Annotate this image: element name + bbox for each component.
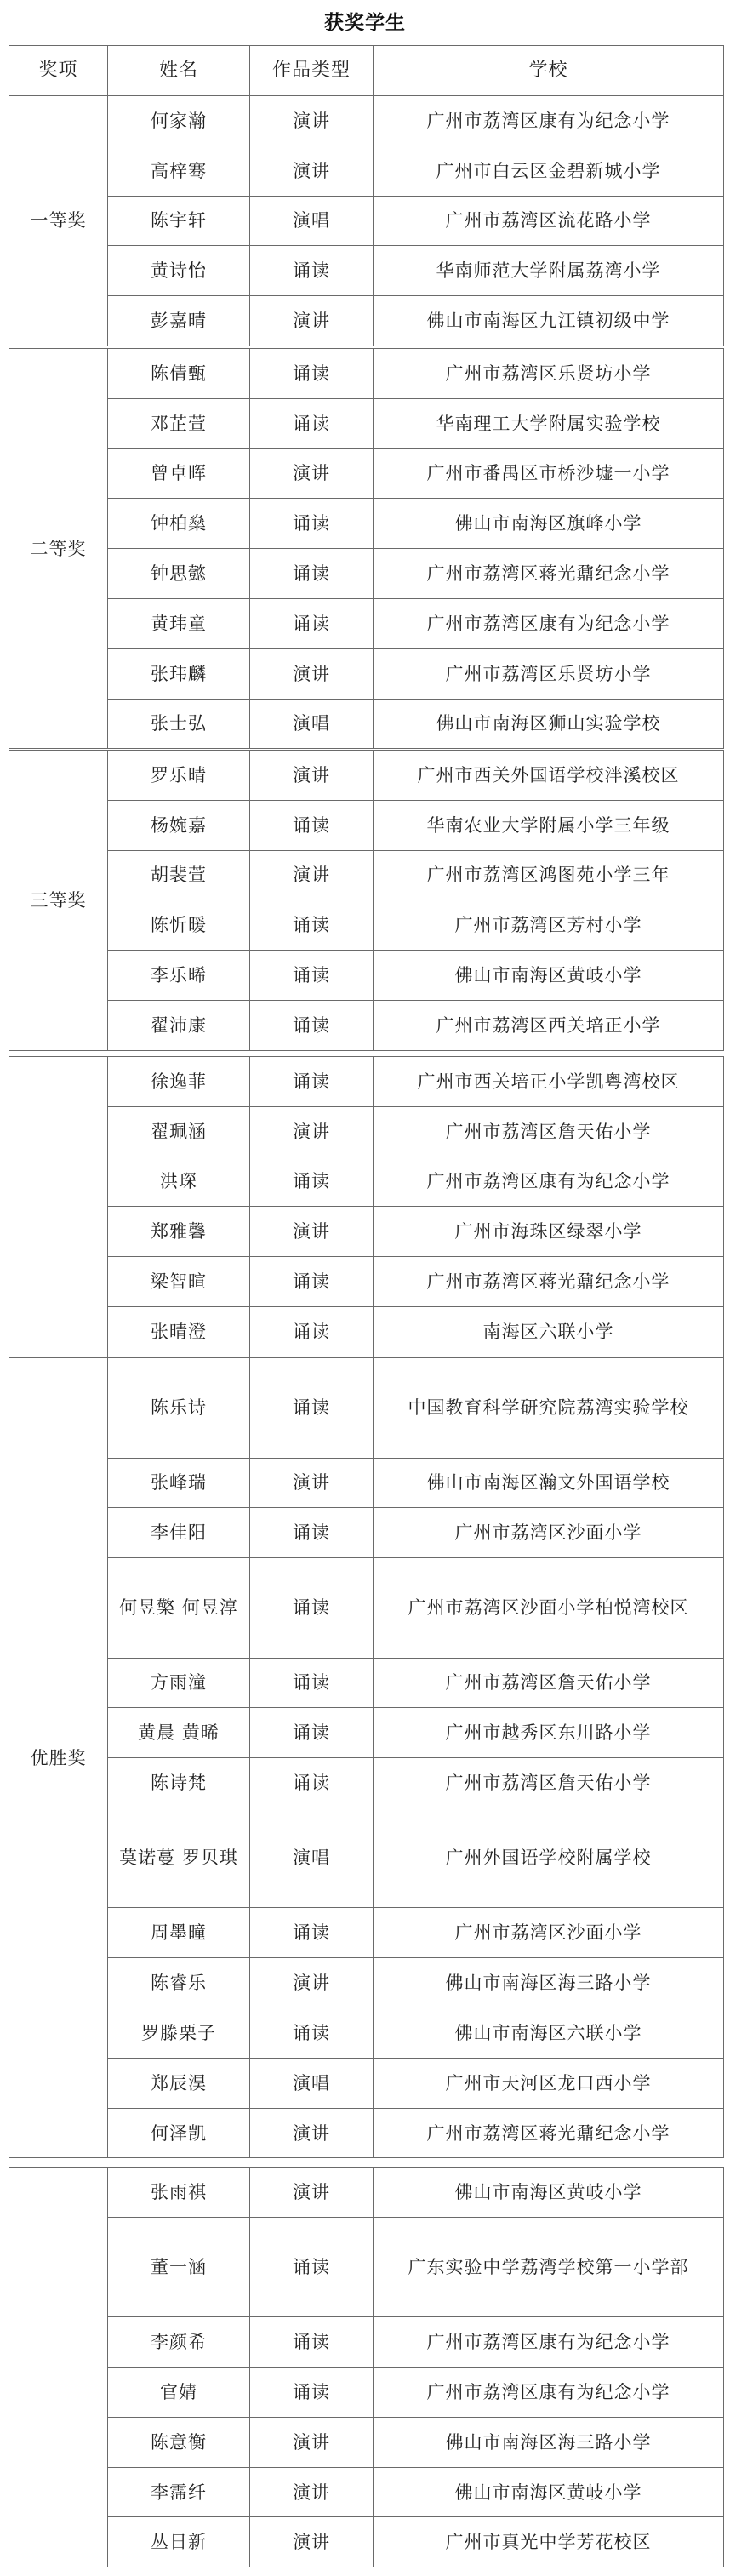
work-type-cell: 演唱 bbox=[250, 699, 374, 749]
school-cell: 佛山市南海区海三路小学 bbox=[374, 2417, 724, 2467]
student-name-cell: 黄晨 黄晞 bbox=[108, 1708, 250, 1758]
school-cell: 广州外国语学校附属学校 bbox=[374, 1808, 724, 1908]
table-row: 方雨潼诵读广州市荔湾区詹天佑小学 bbox=[9, 1658, 724, 1708]
work-type-cell: 演讲 bbox=[250, 1958, 374, 2008]
work-type-cell: 演讲 bbox=[250, 2517, 374, 2567]
work-type-cell: 演讲 bbox=[250, 648, 374, 699]
school-cell: 广州市荔湾区康有为纪念小学 bbox=[374, 1157, 724, 1207]
student-name-cell: 钟思懿 bbox=[108, 549, 250, 599]
award-group: 优胜奖陈乐诗诵读中国教育科学研究院荔湾实验学校张峰瑞演讲佛山市南海区瀚文外国语学… bbox=[9, 1357, 724, 2158]
work-type-cell: 演讲 bbox=[250, 850, 374, 900]
work-type-cell: 演讲 bbox=[250, 448, 374, 499]
work-type-cell: 诵读 bbox=[250, 499, 374, 549]
student-name-cell: 丛日新 bbox=[108, 2517, 250, 2567]
work-type-cell: 诵读 bbox=[250, 1257, 374, 1307]
table-row: 李乐晞诵读佛山市南海区黄岐小学 bbox=[9, 951, 724, 1001]
student-name-cell: 李佳阳 bbox=[108, 1508, 250, 1558]
award-level-cell bbox=[9, 1057, 108, 1357]
work-type-cell: 演讲 bbox=[250, 2108, 374, 2158]
table-row: 三等奖罗乐晴演讲广州市西关外国语学校泮溪校区 bbox=[9, 751, 724, 801]
work-type-cell: 演讲 bbox=[250, 146, 374, 196]
work-type-cell: 诵读 bbox=[250, 1157, 374, 1207]
school-cell: 广州市越秀区东川路小学 bbox=[374, 1708, 724, 1758]
table-row: 曾卓晖演讲广州市番禺区市桥沙墟一小学 bbox=[9, 448, 724, 499]
work-type-cell: 诵读 bbox=[250, 1000, 374, 1050]
work-type-cell: 演讲 bbox=[250, 751, 374, 801]
table-row: 郑辰淏演唱广州市天河区龙口西小学 bbox=[9, 2058, 724, 2108]
student-name-cell: 翟珮涵 bbox=[108, 1106, 250, 1157]
student-name-cell: 陈睿乐 bbox=[108, 1958, 250, 2008]
column-header-award: 奖项 bbox=[9, 46, 108, 96]
school-cell: 广州市白云区金碧新城小学 bbox=[374, 146, 724, 196]
school-cell: 广州市真光中学芳花校区 bbox=[374, 2517, 724, 2567]
student-name-cell: 张士弘 bbox=[108, 699, 250, 749]
school-cell: 广州市荔湾区詹天佑小学 bbox=[374, 1106, 724, 1157]
work-type-cell: 演讲 bbox=[250, 1458, 374, 1508]
table-row: 张峰瑞演讲佛山市南海区瀚文外国语学校 bbox=[9, 1458, 724, 1508]
student-name-cell: 董一涵 bbox=[108, 2217, 250, 2317]
column-header-school: 学校 bbox=[374, 46, 724, 96]
award-level-cell: 一等奖 bbox=[9, 96, 108, 346]
student-name-cell: 方雨潼 bbox=[108, 1658, 250, 1708]
school-cell: 华南理工大学附属实验学校 bbox=[374, 398, 724, 448]
school-cell: 广州市荔湾区蒋光鼐纪念小学 bbox=[374, 549, 724, 599]
column-header-name: 姓名 bbox=[108, 46, 250, 96]
work-type-cell: 演唱 bbox=[250, 1808, 374, 1908]
work-type-cell: 诵读 bbox=[250, 1758, 374, 1808]
school-cell: 佛山市南海区瀚文外国语学校 bbox=[374, 1458, 724, 1508]
table-row: 陈睿乐演讲佛山市南海区海三路小学 bbox=[9, 1958, 724, 2008]
work-type-cell: 诵读 bbox=[250, 398, 374, 448]
work-type-cell: 演讲 bbox=[250, 2168, 374, 2218]
student-name-cell: 翟沛康 bbox=[108, 1000, 250, 1050]
student-name-cell: 李颜希 bbox=[108, 2317, 250, 2368]
table-row: 张士弘演唱佛山市南海区狮山实验学校 bbox=[9, 699, 724, 749]
school-cell: 广州市荔湾区乐贤坊小学 bbox=[374, 648, 724, 699]
table-row: 陈忻暖诵读广州市荔湾区芳村小学 bbox=[9, 900, 724, 951]
student-name-cell: 李乐晞 bbox=[108, 951, 250, 1001]
student-name-cell: 罗乐晴 bbox=[108, 751, 250, 801]
school-cell: 佛山市南海区九江镇初级中学 bbox=[374, 296, 724, 346]
work-type-cell: 诵读 bbox=[250, 1306, 374, 1357]
student-name-cell: 官婧 bbox=[108, 2368, 250, 2418]
student-name-cell: 何昱檠 何昱淳 bbox=[108, 1558, 250, 1659]
table-row: 陈意衡演讲佛山市南海区海三路小学 bbox=[9, 2417, 724, 2467]
school-cell: 广州市西关培正小学凯粤湾校区 bbox=[374, 1057, 724, 1107]
school-cell: 华南农业大学附属小学三年级 bbox=[374, 800, 724, 850]
table-row: 胡裴萱演讲广州市荔湾区鸿图苑小学三年 bbox=[9, 850, 724, 900]
table-row: 张晴澄诵读南海区六联小学 bbox=[9, 1306, 724, 1357]
school-cell: 佛山市南海区狮山实验学校 bbox=[374, 699, 724, 749]
work-type-cell: 演讲 bbox=[250, 2467, 374, 2517]
school-cell: 广州市西关外国语学校泮溪校区 bbox=[374, 751, 724, 801]
student-name-cell: 郑辰淏 bbox=[108, 2058, 250, 2108]
school-cell: 广州市荔湾区西关培正小学 bbox=[374, 1000, 724, 1050]
table-row: 周墨曈诵读广州市荔湾区沙面小学 bbox=[9, 1908, 724, 1958]
school-cell: 广州市荔湾区詹天佑小学 bbox=[374, 1658, 724, 1708]
school-cell: 广州市荔湾区芳村小学 bbox=[374, 900, 724, 951]
award-level-cell: 二等奖 bbox=[9, 349, 108, 749]
award-group: 张雨祺演讲佛山市南海区黄岐小学董一涵诵读广东实验中学荔湾学校第一小学部李颜希诵读… bbox=[9, 2167, 724, 2567]
school-cell: 广州市荔湾区沙面小学柏悦湾校区 bbox=[374, 1558, 724, 1659]
work-type-cell: 诵读 bbox=[250, 246, 374, 296]
column-header-type: 作品类型 bbox=[250, 46, 374, 96]
work-type-cell: 演讲 bbox=[250, 2417, 374, 2467]
school-cell: 中国教育科学研究院荔湾实验学校 bbox=[374, 1358, 724, 1459]
work-type-cell: 诵读 bbox=[250, 1908, 374, 1958]
school-cell: 佛山市南海区黄岐小学 bbox=[374, 951, 724, 1001]
student-name-cell: 高梓骞 bbox=[108, 146, 250, 196]
student-name-cell: 何泽凯 bbox=[108, 2108, 250, 2158]
school-cell: 华南师范大学附属荔湾小学 bbox=[374, 246, 724, 296]
student-name-cell: 陈倩甄 bbox=[108, 349, 250, 399]
page-title: 获奖学生 bbox=[0, 9, 730, 37]
work-type-cell: 诵读 bbox=[250, 2008, 374, 2059]
table-row: 董一涵诵读广东实验中学荔湾学校第一小学部 bbox=[9, 2217, 724, 2317]
student-name-cell: 梁智暄 bbox=[108, 1257, 250, 1307]
work-type-cell: 诵读 bbox=[250, 1358, 374, 1459]
table-row: 丛日新演讲广州市真光中学芳花校区 bbox=[9, 2517, 724, 2567]
work-type-cell: 诵读 bbox=[250, 2317, 374, 2368]
table-row: 彭嘉晴演讲佛山市南海区九江镇初级中学 bbox=[9, 296, 724, 346]
table-row: 莫诺蔓 罗贝琪演唱广州外国语学校附属学校 bbox=[9, 1808, 724, 1908]
student-name-cell: 郑雅馨 bbox=[108, 1207, 250, 1257]
student-name-cell: 黄玮童 bbox=[108, 598, 250, 648]
table-row: 翟珮涵演讲广州市荔湾区詹天佑小学 bbox=[9, 1106, 724, 1157]
award-level-cell: 三等奖 bbox=[9, 751, 108, 1051]
award-group: 三等奖罗乐晴演讲广州市西关外国语学校泮溪校区杨婉嘉诵读华南农业大学附属小学三年级… bbox=[9, 750, 724, 1051]
table-row: 钟柏燊诵读佛山市南海区旗峰小学 bbox=[9, 499, 724, 549]
work-type-cell: 诵读 bbox=[250, 2368, 374, 2418]
table-row: 李佳阳诵读广州市荔湾区沙面小学 bbox=[9, 1508, 724, 1558]
student-name-cell: 彭嘉晴 bbox=[108, 296, 250, 346]
table-row: 张玮麟演讲广州市荔湾区乐贤坊小学 bbox=[9, 648, 724, 699]
work-type-cell: 演讲 bbox=[250, 1106, 374, 1157]
table-row: 李颜希诵读广州市荔湾区康有为纪念小学 bbox=[9, 2317, 724, 2368]
student-name-cell: 陈宇轩 bbox=[108, 196, 250, 246]
work-type-cell: 诵读 bbox=[250, 800, 374, 850]
school-cell: 广州市天河区龙口西小学 bbox=[374, 2058, 724, 2108]
school-cell: 广州市荔湾区鸿图苑小学三年 bbox=[374, 850, 724, 900]
table-row: 官婧诵读广州市荔湾区康有为纪念小学 bbox=[9, 2368, 724, 2418]
student-name-cell: 陈忻暖 bbox=[108, 900, 250, 951]
school-cell: 广州市荔湾区流花路小学 bbox=[374, 196, 724, 246]
student-name-cell: 莫诺蔓 罗贝琪 bbox=[108, 1808, 250, 1908]
school-cell: 广州市荔湾区康有为纪念小学 bbox=[374, 598, 724, 648]
work-type-cell: 诵读 bbox=[250, 349, 374, 399]
work-type-cell: 诵读 bbox=[250, 2217, 374, 2317]
school-cell: 佛山市南海区海三路小学 bbox=[374, 1958, 724, 2008]
table-row: 陈宇轩演唱广州市荔湾区流花路小学 bbox=[9, 196, 724, 246]
table-row: 徐逸菲诵读广州市西关培正小学凯粤湾校区 bbox=[9, 1057, 724, 1107]
school-cell: 广州市荔湾区康有为纪念小学 bbox=[374, 2317, 724, 2368]
work-type-cell: 诵读 bbox=[250, 1708, 374, 1758]
table-header: 奖项 姓名 作品类型 学校 bbox=[9, 45, 724, 96]
school-cell: 广州市番禺区市桥沙墟一小学 bbox=[374, 448, 724, 499]
work-type-cell: 诵读 bbox=[250, 1508, 374, 1558]
award-level-cell: 优胜奖 bbox=[9, 1358, 108, 2158]
table-row: 罗滕栗子诵读佛山市南海区六联小学 bbox=[9, 2008, 724, 2059]
school-cell: 佛山市南海区旗峰小学 bbox=[374, 499, 724, 549]
student-name-cell: 洪琛 bbox=[108, 1157, 250, 1207]
student-name-cell: 陈乐诗 bbox=[108, 1358, 250, 1459]
table-row: 陈诗梵诵读广州市荔湾区詹天佑小学 bbox=[9, 1758, 724, 1808]
student-name-cell: 黄诗怡 bbox=[108, 246, 250, 296]
table-row: 钟思懿诵读广州市荔湾区蒋光鼐纪念小学 bbox=[9, 549, 724, 599]
school-cell: 广州市荔湾区沙面小学 bbox=[374, 1508, 724, 1558]
student-name-cell: 曾卓晖 bbox=[108, 448, 250, 499]
school-cell: 广州市荔湾区詹天佑小学 bbox=[374, 1758, 724, 1808]
school-cell: 广州市海珠区绿翠小学 bbox=[374, 1207, 724, 1257]
student-name-cell: 钟柏燊 bbox=[108, 499, 250, 549]
student-name-cell: 张峰瑞 bbox=[108, 1458, 250, 1508]
table-row: 优胜奖陈乐诗诵读中国教育科学研究院荔湾实验学校 bbox=[9, 1358, 724, 1459]
work-type-cell: 演唱 bbox=[250, 196, 374, 246]
student-name-cell: 张晴澄 bbox=[108, 1306, 250, 1357]
table-row: 翟沛康诵读广州市荔湾区西关培正小学 bbox=[9, 1000, 724, 1050]
student-name-cell: 张雨祺 bbox=[108, 2168, 250, 2218]
student-name-cell: 李霈纤 bbox=[108, 2467, 250, 2517]
table-row: 黄晨 黄晞诵读广州市越秀区东川路小学 bbox=[9, 1708, 724, 1758]
work-type-cell: 诵读 bbox=[250, 549, 374, 599]
table-row: 高梓骞演讲广州市白云区金碧新城小学 bbox=[9, 146, 724, 196]
work-type-cell: 诵读 bbox=[250, 900, 374, 951]
table-row: 李霈纤演讲佛山市南海区黄岐小学 bbox=[9, 2467, 724, 2517]
table-row: 二等奖陈倩甄诵读广州市荔湾区乐贤坊小学 bbox=[9, 349, 724, 399]
table-row: 梁智暄诵读广州市荔湾区蒋光鼐纪念小学 bbox=[9, 1257, 724, 1307]
award-group: 徐逸菲诵读广州市西关培正小学凯粤湾校区翟珮涵演讲广州市荔湾区詹天佑小学洪琛诵读广… bbox=[9, 1056, 724, 1357]
school-cell: 广东实验中学荔湾学校第一小学部 bbox=[374, 2217, 724, 2317]
school-cell: 佛山市南海区黄岐小学 bbox=[374, 2168, 724, 2218]
student-name-cell: 罗滕栗子 bbox=[108, 2008, 250, 2059]
student-name-cell: 胡裴萱 bbox=[108, 850, 250, 900]
award-group: 一等奖何家瀚演讲广州市荔湾区康有为纪念小学高梓骞演讲广州市白云区金碧新城小学陈宇… bbox=[9, 95, 724, 346]
school-cell: 广州市荔湾区康有为纪念小学 bbox=[374, 2368, 724, 2418]
table-row: 一等奖何家瀚演讲广州市荔湾区康有为纪念小学 bbox=[9, 96, 724, 146]
table-row: 邓芷萱诵读华南理工大学附属实验学校 bbox=[9, 398, 724, 448]
table-row: 何昱檠 何昱淳诵读广州市荔湾区沙面小学柏悦湾校区 bbox=[9, 1558, 724, 1659]
school-cell: 佛山市南海区六联小学 bbox=[374, 2008, 724, 2059]
table-row: 郑雅馨演讲广州市海珠区绿翠小学 bbox=[9, 1207, 724, 1257]
student-name-cell: 周墨曈 bbox=[108, 1908, 250, 1958]
student-name-cell: 张玮麟 bbox=[108, 648, 250, 699]
school-cell: 广州市荔湾区沙面小学 bbox=[374, 1908, 724, 1958]
school-cell: 广州市荔湾区康有为纪念小学 bbox=[374, 96, 724, 146]
work-type-cell: 演讲 bbox=[250, 1207, 374, 1257]
table-row: 洪琛诵读广州市荔湾区康有为纪念小学 bbox=[9, 1157, 724, 1207]
work-type-cell: 诵读 bbox=[250, 1057, 374, 1107]
student-name-cell: 邓芷萱 bbox=[108, 398, 250, 448]
student-name-cell: 何家瀚 bbox=[108, 96, 250, 146]
work-type-cell: 演讲 bbox=[250, 296, 374, 346]
award-level-cell bbox=[9, 2168, 108, 2567]
award-group: 二等奖陈倩甄诵读广州市荔湾区乐贤坊小学邓芷萱诵读华南理工大学附属实验学校曾卓晖演… bbox=[9, 348, 724, 749]
school-cell: 广州市荔湾区蒋光鼐纪念小学 bbox=[374, 1257, 724, 1307]
work-type-cell: 演唱 bbox=[250, 2058, 374, 2108]
work-type-cell: 演讲 bbox=[250, 96, 374, 146]
school-cell: 南海区六联小学 bbox=[374, 1306, 724, 1357]
student-name-cell: 陈诗梵 bbox=[108, 1758, 250, 1808]
school-cell: 广州市荔湾区蒋光鼐纪念小学 bbox=[374, 2108, 724, 2158]
student-name-cell: 徐逸菲 bbox=[108, 1057, 250, 1107]
work-type-cell: 诵读 bbox=[250, 598, 374, 648]
school-cell: 佛山市南海区黄岐小学 bbox=[374, 2467, 724, 2517]
table-row: 何泽凯演讲广州市荔湾区蒋光鼐纪念小学 bbox=[9, 2108, 724, 2158]
table-row: 黄诗怡诵读华南师范大学附属荔湾小学 bbox=[9, 246, 724, 296]
school-cell: 广州市荔湾区乐贤坊小学 bbox=[374, 349, 724, 399]
work-type-cell: 诵读 bbox=[250, 1558, 374, 1659]
student-name-cell: 陈意衡 bbox=[108, 2417, 250, 2467]
table-row: 黄玮童诵读广州市荔湾区康有为纪念小学 bbox=[9, 598, 724, 648]
student-name-cell: 杨婉嘉 bbox=[108, 800, 250, 850]
work-type-cell: 诵读 bbox=[250, 1658, 374, 1708]
work-type-cell: 诵读 bbox=[250, 951, 374, 1001]
table-row: 张雨祺演讲佛山市南海区黄岐小学 bbox=[9, 2168, 724, 2218]
table-row: 杨婉嘉诵读华南农业大学附属小学三年级 bbox=[9, 800, 724, 850]
